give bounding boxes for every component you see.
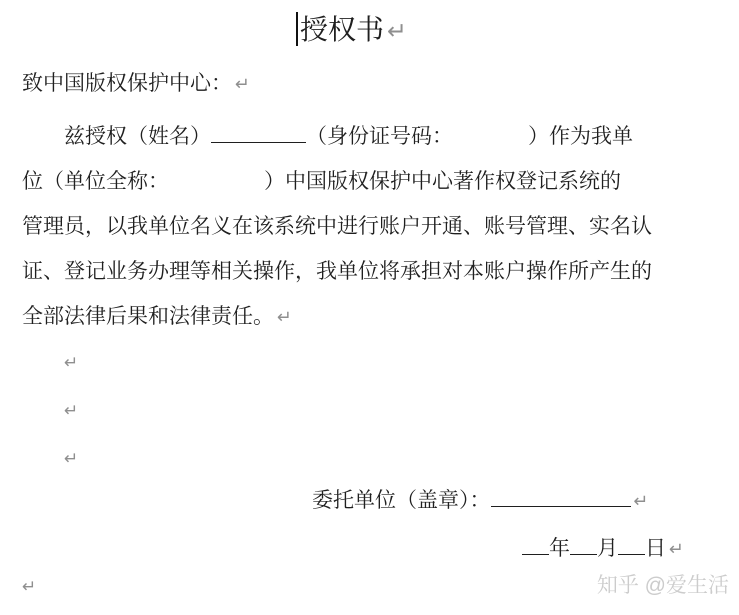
salutation-text[interactable]: 致中国版权保护中心：	[22, 71, 232, 95]
paragraph-mark-icon: ↵	[277, 307, 292, 328]
watermark: 知乎 @爱生活	[597, 568, 729, 604]
salutation-line[interactable]: 致中国版权保护中心：↵	[22, 66, 250, 102]
empty-paragraphs: ↵↵↵	[64, 338, 78, 482]
document-text[interactable]: 全部法律后果和法律责任。	[22, 304, 274, 328]
paragraph-mark-icon: ↵	[64, 401, 78, 421]
document-text[interactable]: 兹授权（姓名）	[64, 124, 211, 148]
document-text[interactable]: 位（单位全称：	[22, 169, 169, 193]
paragraph-mark-icon: ↵	[235, 74, 250, 95]
body-line[interactable]: 管理员，以我单位名义在该系统中进行账户开通、账号管理、实名认	[0, 204, 739, 249]
empty-paragraph: ↵	[64, 338, 78, 386]
paragraph-mark-icon: ↵	[669, 539, 684, 560]
fill-in-blank[interactable]	[618, 535, 645, 555]
document-text[interactable]: 证、登记业务办理等相关操作，我单位将承担对本账户操作所产生的	[22, 259, 652, 283]
paragraph-mark-icon: ↵	[64, 353, 78, 373]
signature-line[interactable]: 委托单位（盖章）：↵	[312, 482, 648, 520]
blank-space	[169, 187, 264, 188]
body-line[interactable]: 全部法律后果和法律责任。↵	[0, 294, 739, 339]
final-paragraph: ↵	[22, 568, 36, 605]
paragraph-mark-icon: ↵	[22, 577, 36, 597]
empty-paragraph: ↵	[64, 386, 78, 434]
body-paragraph[interactable]: 兹授权（姓名）（身份证号码：）作为我单位（单位全称：）中国版权保护中心著作权登记…	[0, 114, 739, 339]
document-text[interactable]: 月	[597, 536, 618, 560]
document-page: 授权书↵ 致中国版权保护中心：↵ 兹授权（姓名）（身份证号码：）作为我单位（单位…	[0, 0, 739, 615]
body-line[interactable]: 位（单位全称：）中国版权保护中心著作权登记系统的	[0, 159, 739, 204]
paragraph-mark-icon: ↵	[387, 17, 407, 45]
date-line[interactable]: 年月日↵	[522, 530, 684, 568]
text-cursor	[296, 12, 298, 46]
body-line[interactable]: 兹授权（姓名）（身份证号码：）作为我单	[0, 114, 739, 159]
signature-label[interactable]: 委托单位（盖章）：	[312, 488, 491, 512]
document-text[interactable]: （身份证号码：	[306, 124, 453, 148]
fill-in-blank[interactable]	[211, 123, 306, 143]
title-row: 授权书↵	[0, 8, 739, 53]
document-text[interactable]: ）作为我单	[528, 124, 633, 148]
fill-in-blank[interactable]	[570, 535, 597, 555]
empty-paragraph: ↵	[64, 434, 78, 482]
document-text[interactable]: ）中国版权保护中心著作权登记系统的	[264, 169, 621, 193]
document-title[interactable]: 授权书	[300, 14, 384, 45]
signature-fill-in-blank[interactable]	[491, 487, 631, 507]
document-text[interactable]: 管理员，以我单位名义在该系统中进行账户开通、账号管理、实名认	[22, 214, 652, 238]
document-text[interactable]: 年	[549, 536, 570, 560]
paragraph-mark-icon: ↵	[64, 449, 78, 469]
paragraph-mark-icon: ↵	[634, 491, 649, 512]
fill-in-blank[interactable]	[522, 535, 549, 555]
body-line[interactable]: 证、登记业务办理等相关操作，我单位将承担对本账户操作所产生的	[0, 249, 739, 294]
blank-space	[453, 142, 528, 143]
document-text[interactable]: 日	[645, 536, 666, 560]
